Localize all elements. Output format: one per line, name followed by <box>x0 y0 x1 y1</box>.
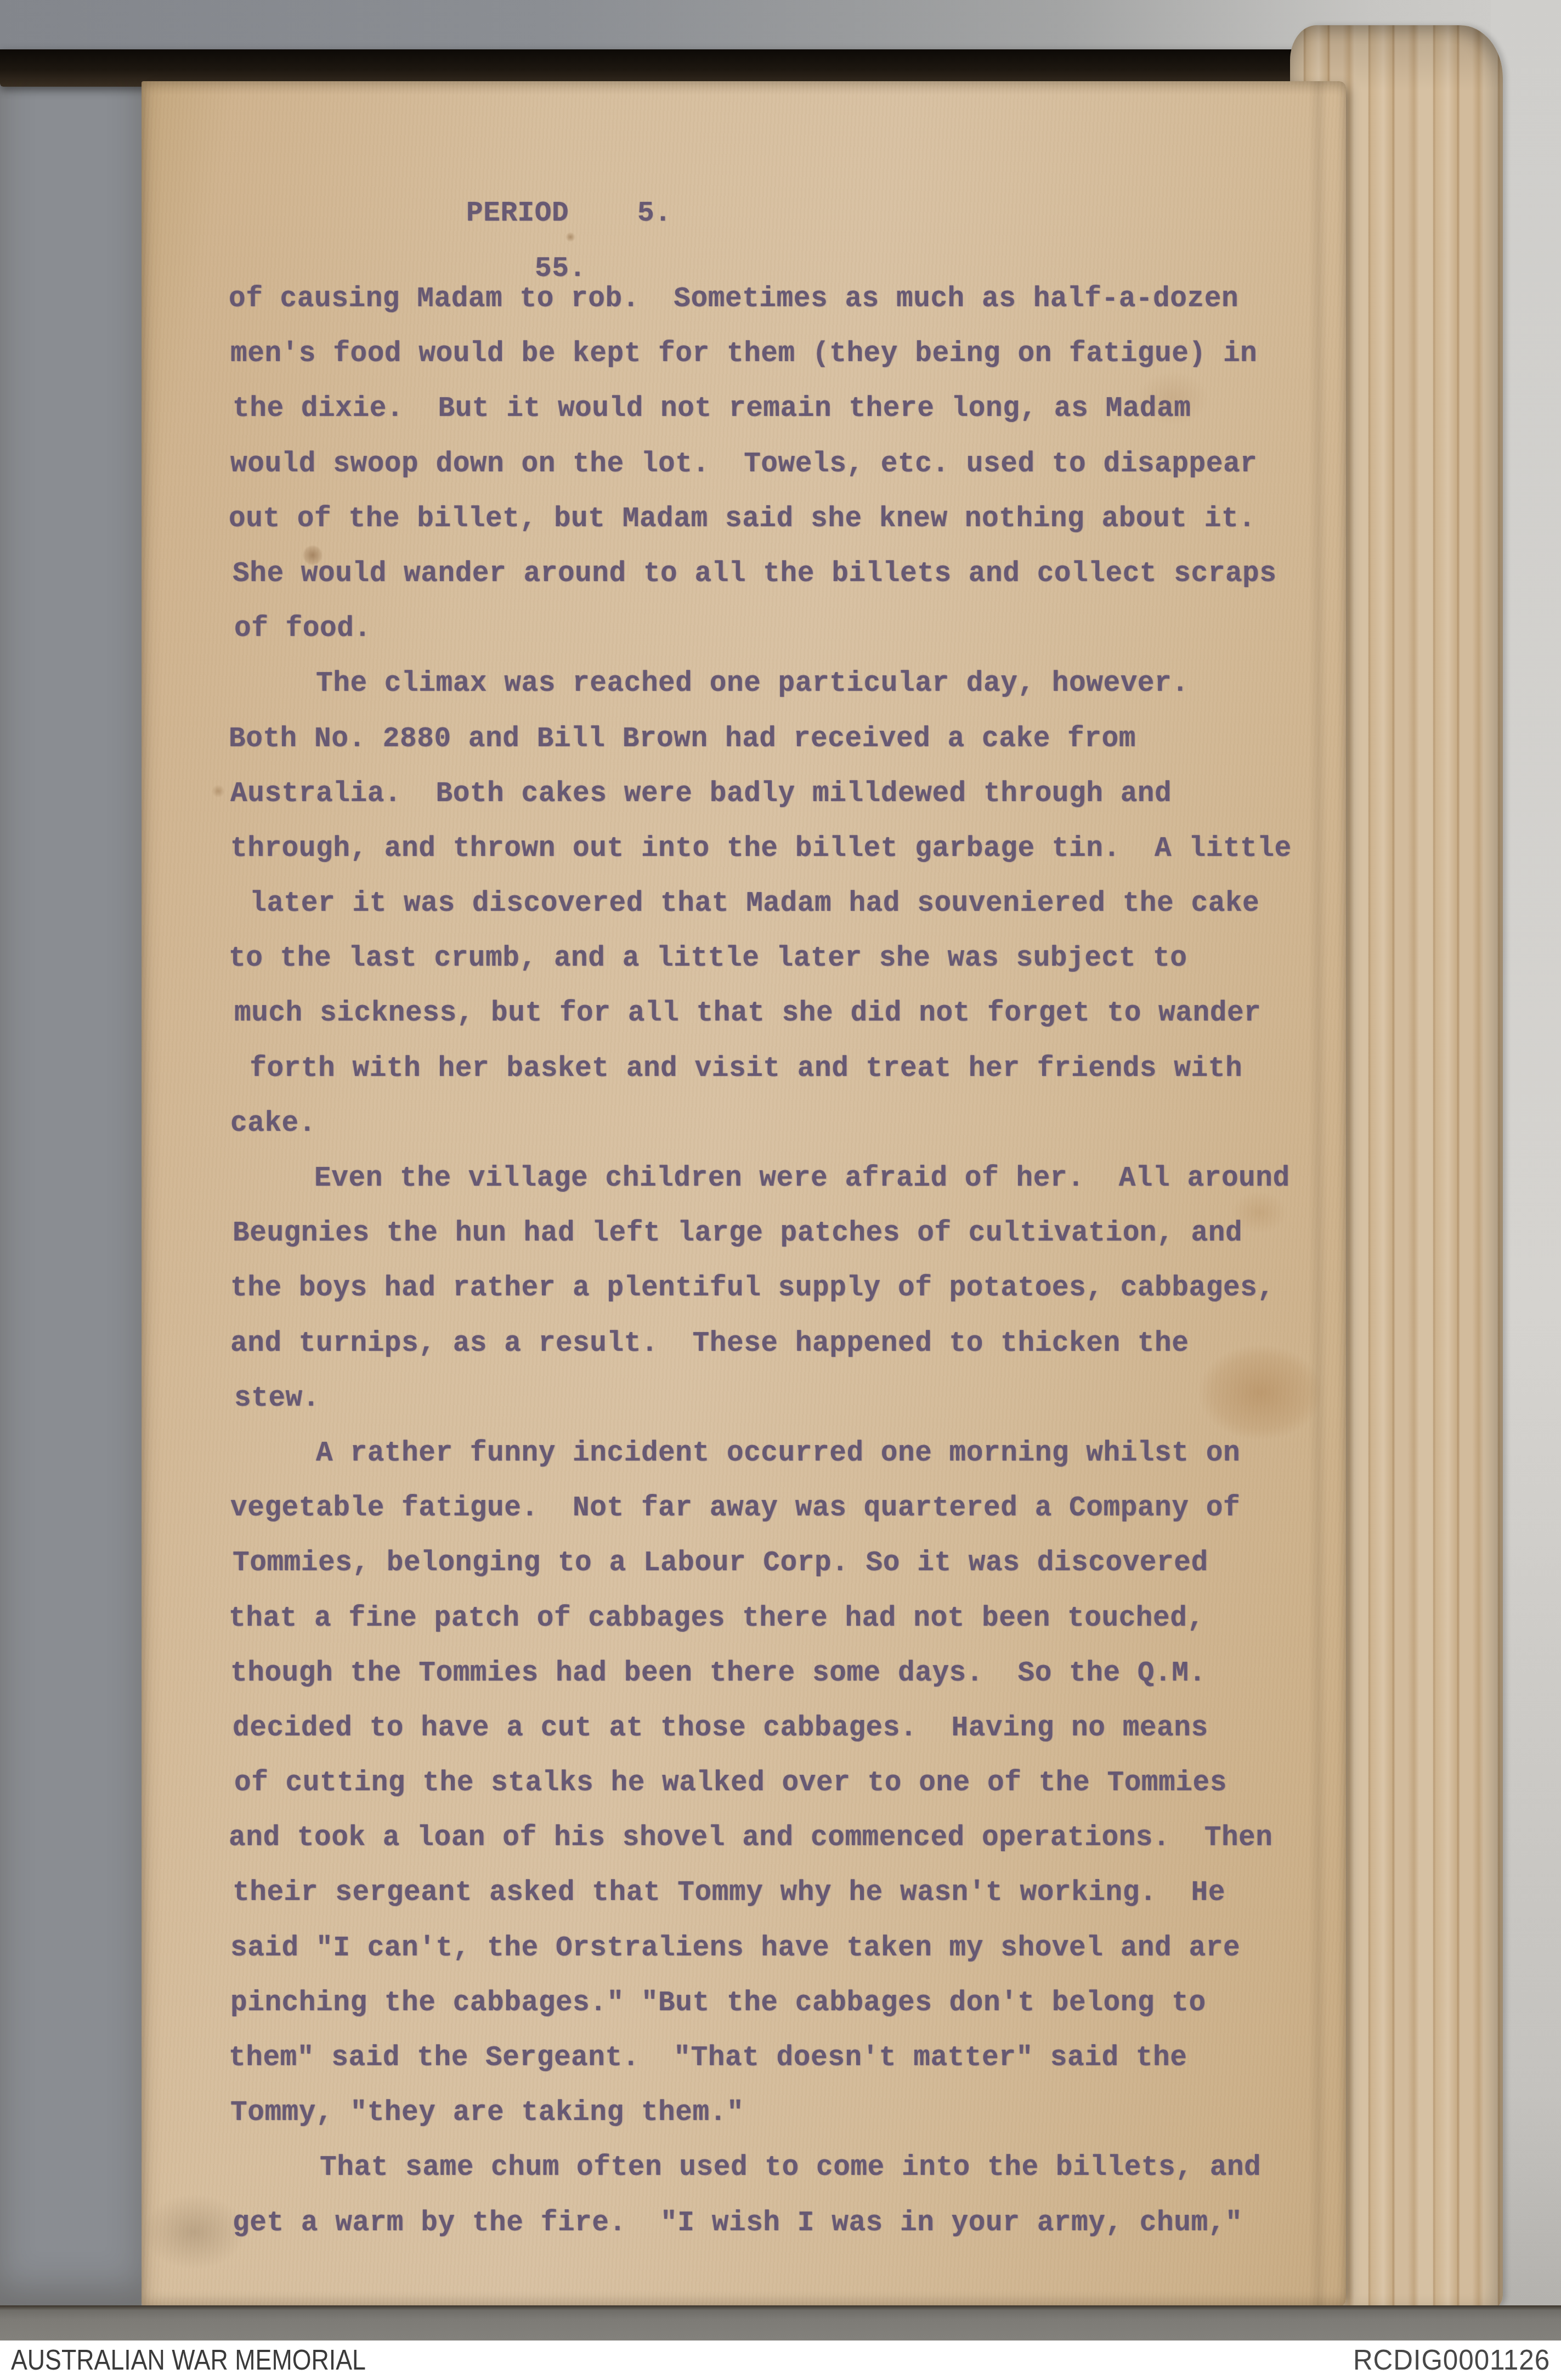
footer-reference-id: RCDIG0001126 <box>1353 2344 1550 2377</box>
text-line: The climax was reached one particular da… <box>230 657 1325 712</box>
text-line: to the last crumb, and a little later sh… <box>229 932 1323 986</box>
scanned-document-view: PERIOD 5. 55. of causing Madam to rob. S… <box>0 0 1561 2380</box>
text-line: forth with her basket and visit and trea… <box>233 1042 1327 1097</box>
text-line: of causing Madam to rob. Sometimes as mu… <box>229 272 1323 327</box>
text-line: Beugnies the hun had left large patches … <box>233 1206 1327 1261</box>
text-line: Even the village children were afraid of… <box>229 1152 1323 1206</box>
left-page-gutter-edge <box>0 80 142 2309</box>
scanner-background-bottom <box>0 2305 1561 2340</box>
text-line: stew. <box>234 1372 1328 1426</box>
text-line: their sergeant asked that Tommy why he w… <box>233 1866 1327 1921</box>
text-line: them" said the Sergeant. "That doesn't m… <box>229 2031 1323 2086</box>
document-page: PERIOD 5. 55. of causing Madam to rob. S… <box>142 81 1346 2308</box>
text-line: pinching the cabbages." "But the cabbage… <box>230 1976 1325 2031</box>
text-line: the boys had rather a plentiful supply o… <box>230 1261 1325 1316</box>
text-line: That same chum often used to come into t… <box>234 2141 1328 2196</box>
text-line: that a fine patch of cabbages there had … <box>229 1592 1323 1646</box>
text-line: Australia. Both cakes were badly milldew… <box>230 767 1325 822</box>
text-line: said "I can't, the Orstraliens have take… <box>230 1921 1325 1976</box>
typewritten-text-block: of causing Madam to rob. Sometimes as mu… <box>230 272 1325 2251</box>
text-line: though the Tommies had been there some d… <box>230 1646 1325 1701</box>
text-line: and took a loan of his shovel and commen… <box>229 1811 1323 1866</box>
text-line: Both No. 2880 and Bill Brown had receive… <box>229 712 1323 767</box>
text-line: much sickness, but for all that she did … <box>234 986 1328 1041</box>
text-line: She would wander around to all the bille… <box>233 547 1327 602</box>
text-line: of food. <box>234 602 1328 657</box>
text-line: later it was discovered that Madam had s… <box>233 877 1327 932</box>
text-line: decided to have a cut at those cabbages.… <box>233 1701 1327 1756</box>
text-line: vegetable fatigue. Not far away was quar… <box>230 1481 1325 1536</box>
text-line: cake. <box>230 1097 1325 1152</box>
text-line: get a warm by the fire. "I wish I was in… <box>233 2196 1327 2251</box>
text-line: out of the billet, but Madam said she kn… <box>229 492 1323 547</box>
footer-brand-text: AUSTRALIAN WAR MEMORIAL <box>11 2344 366 2377</box>
text-line: would swoop down on the lot. Towels, etc… <box>230 437 1325 492</box>
page-header-title: PERIOD 5. <box>466 198 671 230</box>
footer-bar: AUSTRALIAN WAR MEMORIAL RCDIG0001126 <box>0 2340 1561 2380</box>
text-line: men's food would be kept for them (they … <box>230 327 1325 382</box>
text-line: and turnips, as a result. These happened… <box>230 1317 1325 1372</box>
text-line: Tommy, "they are taking them." <box>230 2086 1325 2141</box>
text-line: of cutting the stalks he walked over to … <box>234 1756 1328 1811</box>
text-line: the dixie. But it would not remain there… <box>233 382 1327 437</box>
text-line: Tommies, belonging to a Labour Corp. So … <box>233 1536 1327 1591</box>
text-line: through, and thrown out into the billet … <box>230 822 1325 877</box>
text-line: A rather funny incident occurred one mor… <box>230 1426 1325 1481</box>
